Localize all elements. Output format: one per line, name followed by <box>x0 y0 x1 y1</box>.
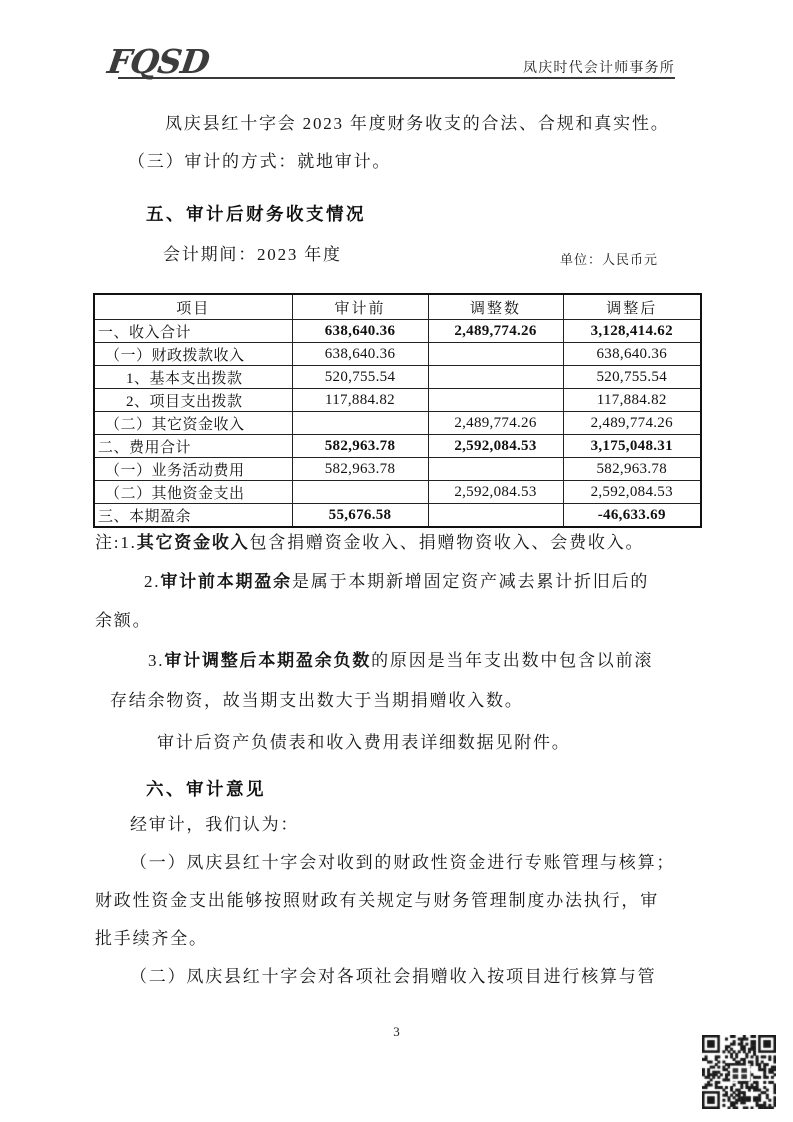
column-header: 调整后 <box>563 294 701 320</box>
text-run: 注:1. <box>95 533 137 552</box>
value-cell: 638,640.36 <box>563 343 701 366</box>
intro-line-scope: 凤庆县红十字会 2023 年度财务收支的合法、合规和真实性。 <box>165 113 670 134</box>
table-row: （二）其它资金收入2,489,774.262,489,774.26 <box>94 412 701 435</box>
table-row: 一、收入合计638,640.362,489,774.263,128,414.62 <box>94 320 701 343</box>
value-cell: 3,128,414.62 <box>563 320 701 343</box>
row-label-cell: 1、基本支出拨款 <box>94 366 292 389</box>
value-cell: 55,676.58 <box>292 504 428 528</box>
currency-unit-label: 单位：人民币元 <box>560 249 658 268</box>
text-run: 的原因是当年支出数中包含以前滚 <box>371 651 653 670</box>
value-cell <box>428 504 563 528</box>
opinion-intro-line: 经审计，我们认为： <box>130 814 299 835</box>
text-run: 余额。 <box>95 611 151 630</box>
row-label-cell: 三、本期盈余 <box>94 504 292 528</box>
value-cell <box>428 389 563 412</box>
value-cell <box>428 343 563 366</box>
value-cell: 638,640.36 <box>292 343 428 366</box>
value-cell: 2,592,084.53 <box>563 481 701 504</box>
row-label-cell: 二、费用合计 <box>94 435 292 458</box>
value-cell: 2,489,774.26 <box>428 320 563 343</box>
opinion-item1-line1: （一）凤庆县红十字会对收到的财政性资金进行专账管理与核算； <box>130 852 675 873</box>
attachment-note: 审计后资产负债表和收入费用表详细数据见附件。 <box>157 732 571 753</box>
value-cell <box>292 481 428 504</box>
text-run: 其它资金收入 <box>137 533 250 552</box>
opinion-item1-line2: 财政性资金支出能够按照财政有关规定与财务管理制度办法执行，审 <box>95 890 659 911</box>
row-label-cell: 2、项目支出拨款 <box>94 389 292 412</box>
note-2-line-1: 2.审计前本期盈余是属于本期新增固定资产减去累计折旧后的 <box>144 571 649 592</box>
table-row: （一）业务活动费用582,963.78582,963.78 <box>94 458 701 481</box>
value-cell: 2,592,084.53 <box>428 435 563 458</box>
header-rule <box>118 77 675 79</box>
text-run: 包含捐赠资金收入、捐赠物资收入、会费收入。 <box>250 533 645 552</box>
value-cell: 582,963.78 <box>292 435 428 458</box>
text-run: 2. <box>144 572 160 591</box>
firm-name: 凤庆时代会计师事务所 <box>523 57 675 77</box>
value-cell: 520,755.54 <box>292 366 428 389</box>
note-1: 注:1.其它资金收入包含捐赠资金收入、捐赠物资收入、会费收入。 <box>95 532 644 553</box>
document-page: FQSD 凤庆时代会计师事务所 凤庆县红十字会 2023 年度财务收支的合法、合… <box>0 0 793 1122</box>
text-run: 3. <box>148 651 164 670</box>
value-cell: 3,175,048.31 <box>563 435 701 458</box>
text-run: 是属于本期新增固定资产减去累计折旧后的 <box>292 572 649 591</box>
table-row: （二）其他资金支出2,592,084.532,592,084.53 <box>94 481 701 504</box>
note-3-line-2: 存结余物资，故当期支出数大于当期捐赠收入数。 <box>110 690 524 711</box>
section5-heading: 五、审计后财务收支情况 <box>146 201 366 226</box>
value-cell: 2,489,774.26 <box>563 412 701 435</box>
value-cell: 582,963.78 <box>292 458 428 481</box>
firm-logo: FQSD <box>105 42 211 81</box>
value-cell: 582,963.78 <box>563 458 701 481</box>
accounting-period-label: 会计期间：2023 年度 <box>163 244 342 265</box>
value-cell: 117,884.82 <box>563 389 701 412</box>
value-cell: 638,640.36 <box>292 320 428 343</box>
page-number: 3 <box>0 1024 793 1040</box>
column-header: 调整数 <box>428 294 563 320</box>
opinion-item2-line1: （二）凤庆县红十字会对各项社会捐赠收入按项目进行核算与管 <box>130 966 656 987</box>
row-label-cell: （一）业务活动费用 <box>94 458 292 481</box>
value-cell: 117,884.82 <box>292 389 428 412</box>
value-cell: 2,489,774.26 <box>428 412 563 435</box>
table-header-row: 项目审计前调整数调整后 <box>94 294 701 320</box>
note-3-line-1: 3.审计调整后本期盈余负数的原因是当年支出数中包含以前滚 <box>148 650 653 671</box>
table-row: 三、本期盈余55,676.58-46,633.69 <box>94 504 701 528</box>
value-cell <box>292 412 428 435</box>
section6-heading: 六、审计意见 <box>146 776 266 801</box>
value-cell: 2,592,084.53 <box>428 481 563 504</box>
financial-table: 项目审计前调整数调整后 一、收入合计638,640.362,489,774.26… <box>93 293 702 528</box>
table-row: 1、基本支出拨款520,755.54520,755.54 <box>94 366 701 389</box>
value-cell: -46,633.69 <box>563 504 701 528</box>
row-label-cell: （一）财政拨款收入 <box>94 343 292 366</box>
value-cell: 520,755.54 <box>563 366 701 389</box>
text-run: 审计前本期盈余 <box>160 572 292 591</box>
row-label-cell: （二）其他资金支出 <box>94 481 292 504</box>
opinion-item1-line3: 批手续齐全。 <box>95 928 208 949</box>
table-row: 2、项目支出拨款117,884.82117,884.82 <box>94 389 701 412</box>
row-label-cell: 一、收入合计 <box>94 320 292 343</box>
text-run: 存结余物资，故当期支出数大于当期捐赠收入数。 <box>110 691 524 710</box>
table-row: 二、费用合计582,963.782,592,084.533,175,048.31 <box>94 435 701 458</box>
qr-code-image <box>702 1035 776 1109</box>
column-header: 审计前 <box>292 294 428 320</box>
value-cell <box>428 366 563 389</box>
value-cell <box>428 458 563 481</box>
table-row: （一）财政拨款收入638,640.36638,640.36 <box>94 343 701 366</box>
note-2-line-2: 余额。 <box>95 610 151 631</box>
row-label-cell: （二）其它资金收入 <box>94 412 292 435</box>
column-header: 项目 <box>94 294 292 320</box>
text-run: 审计调整后本期盈余负数 <box>164 651 371 670</box>
intro-line-audit-method: （三）审计的方式：就地审计。 <box>128 151 391 172</box>
